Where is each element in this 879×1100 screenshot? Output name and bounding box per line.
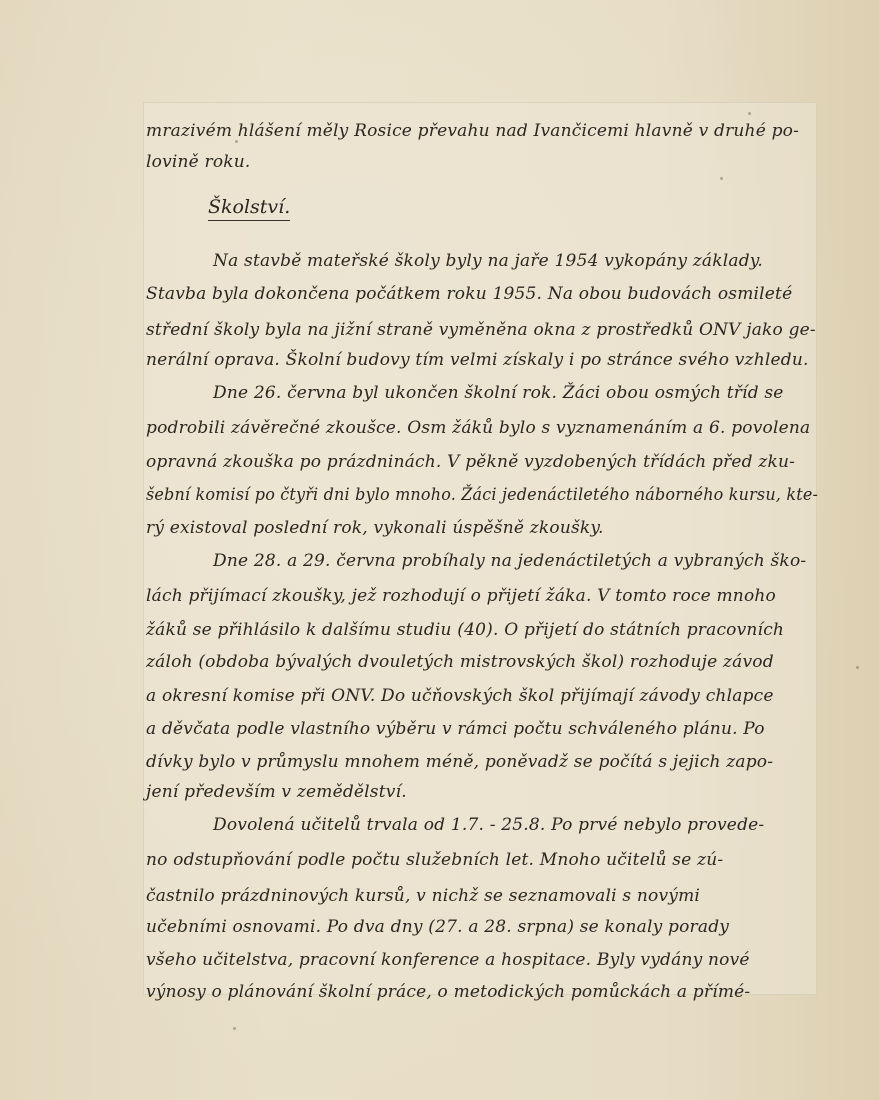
paper-speck [720,177,723,180]
text-line: žáků se přihlásilo k dalšímu studiu (40)… [146,620,784,640]
text-line: záloh (obdoba bývalých dvouletých mistro… [146,652,774,672]
text-line: opravná zkouška po prázdninách. V pěkně … [146,452,795,472]
paper-speck [233,1027,236,1030]
text-line: šební komisí po čtyři dni bylo mnoho. Žá… [146,485,818,505]
text-line: výnosy o plánování školní práce, o metod… [146,982,750,1002]
text-line: všeho učitelstva, pracovní konference a … [146,950,750,970]
paper-speck [856,666,859,669]
text-line: rý existoval poslední rok, vykonali úspě… [146,518,604,538]
text-line: učebními osnovami. Po dva dny (27. a 28.… [146,917,729,937]
text-line: častnilo prázdninových kursů, v nichž se… [146,886,700,906]
text-line: jení především v zemědělství. [146,782,407,802]
text-line: a děvčata podle vlastního výběru v rámci… [146,719,765,739]
text-line: Dne 28. a 29. června probíhaly na jedená… [213,551,806,571]
paper-speck [748,112,751,115]
text-line: Na stavbě mateřské školy byly na jaře 19… [213,251,763,271]
text-line: Dovolená učitelů trvala od 1.7. - 25.8. … [213,815,764,835]
text-line: dívky bylo v průmyslu mnohem méně, poněv… [146,752,773,772]
text-line: Dne 26. června byl ukončen školní rok. Ž… [213,383,784,403]
text-line: podrobili závěrečné zkoušce. Osm žáků by… [146,418,810,438]
text-line: střední školy byla na jižní straně vyměn… [146,320,816,340]
text-line: a okresní komise při ONV. Do učňovských … [146,686,774,706]
text-line: lách přijímací zkoušky, jež rozhodují o … [146,586,776,606]
section-heading: Školství. [208,196,290,221]
text-line: lovině roku. [146,152,251,172]
text-line: Stavba byla dokončena počátkem roku 1955… [146,284,792,304]
text-line: no odstupňování podle počtu služebních l… [146,850,723,870]
text-line: nerální oprava. Školní budovy tím velmi … [146,350,809,370]
text-line: mrazivém hlášení měly Rosice převahu nad… [146,121,799,141]
